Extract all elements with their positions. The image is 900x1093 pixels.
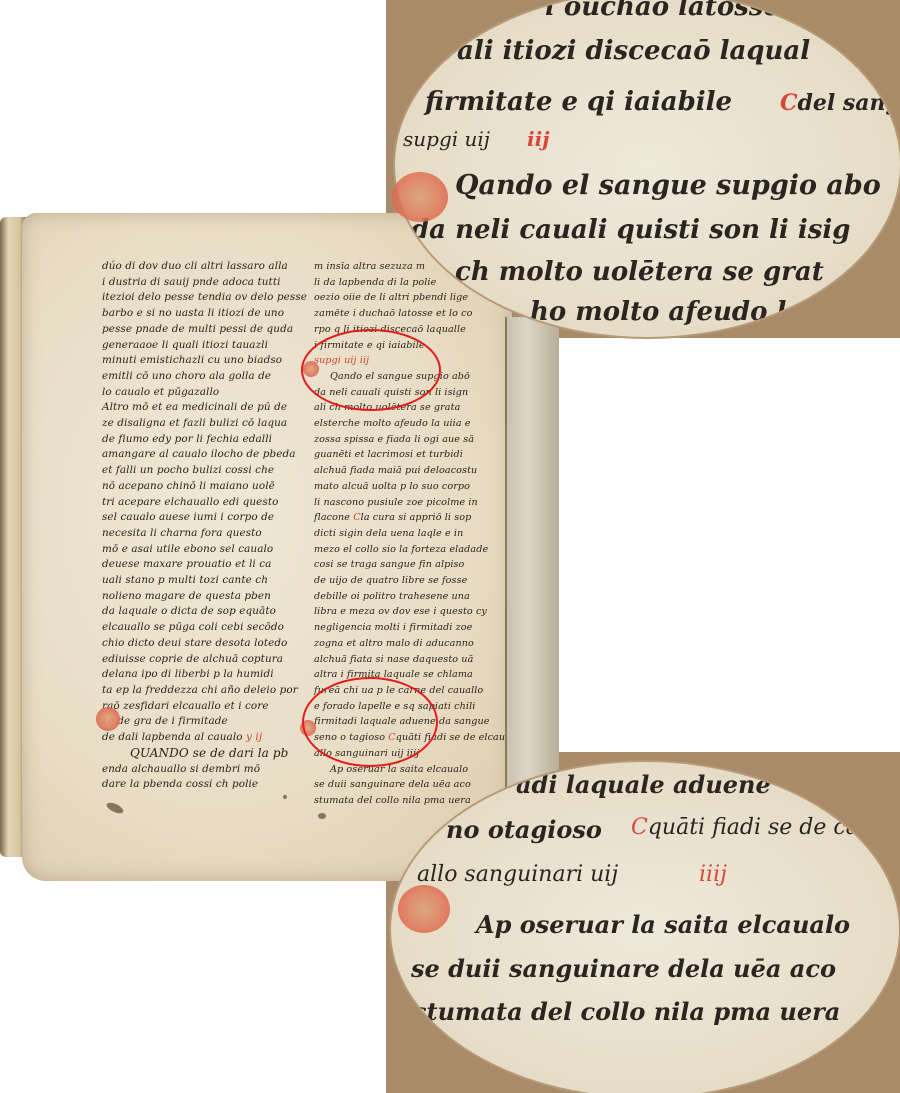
red-initial-q-left [96,707,120,731]
inset-line: supgi uij [403,127,490,151]
text-line: elsterche molto afeudo la uiia e [314,416,505,432]
rubric-heading: de dali lapbenda al caualo y ij [102,730,307,746]
text-line: nolieno magare de questa pben [102,589,307,605]
magnified-inset-top: i ouchaō latosse ali itiozi discecaō laq… [393,0,900,339]
inset-line: ho molto afeudo l [530,297,786,327]
text-line: libra e meza ov dov ese i questo cy [314,604,505,620]
ink-stain [283,795,287,799]
inset-line: allo sanguinari uij [417,862,618,887]
text-line: zamēte i duchaō latosse et lo co [314,306,505,322]
text-line: alchuā fiata si nase daquesto uā [314,652,505,668]
text-line: generaaoe li quali itiozi tauazli [102,338,307,354]
magnified-inset-bottom: adi laquale aduene no otagioso Cquāti fi… [389,760,900,1093]
manuscript-book: dúo di dov duo cli altri lassaro alla i … [0,207,557,883]
text-line: elcauallo se pūga coli cebi secōdo [102,620,307,636]
text-line: ze disaligna et fazli bulizi cō laqua [102,416,307,432]
inset-line: Ap oseruar la saita elcaualo [476,910,850,939]
text-line: flacone Cla cura si appriō li sop [314,510,505,526]
text-line: itezioi delo pesse tendia ov delo pesse [102,290,307,306]
text-line: raō zesfidari elcauallo et i core [102,699,307,715]
text-line: ediuisse coprie de alchuā coptura [102,652,307,668]
inset-red-initial-q-bottom [398,885,450,933]
text-line: uali stano p multi tozi cante ch [102,573,307,589]
text-line: alchuā fiada maiā pui deloacostu [314,463,505,479]
inset-rubric-number: iiij [699,862,727,887]
text-line: negligencia molti i firmitadi zoe [314,620,505,636]
text-line: Altro mō et ea medicinali de pū de [102,400,307,416]
text-line: emitli cō uno choro ala golla de [102,369,307,385]
inset-line: adi laquale aduene [516,770,771,799]
text-line: delana ipo di liberbi p la humidi [102,667,307,683]
inset-rubric-number: iij [527,127,549,151]
text-line: i dustria di sauij pnde adoca tutti [102,275,307,291]
text-line: deuese maxare prouatio et li ca [102,557,307,573]
text-line: ta ep la freddezza chi año deleio por [102,683,307,699]
text-line: de uijo de quatro libre se fosse [314,573,505,589]
text-line: guanēti et lacrimosi et turbidi [314,447,505,463]
text-line: tri acepare elchauallo edi questo [102,495,307,511]
inset-line: da neli cauali quisti son li isig [411,215,850,245]
inset-line: ch molto uolētera se grat [455,257,824,287]
text-line: zogna et altro malo di aducanno [314,636,505,652]
inset-line: i ouchaō latosse [545,0,780,22]
text-line: dúo di dov duo cli altri lassaro alla [102,259,307,275]
inset-line: Qando el sangue supgio abo [455,170,881,201]
text-line: pesse pnade de multi pessi de quda [102,322,307,338]
text-line: mezo el collo sio la forteza eladade [314,542,505,558]
inset-line: Cdel sang [780,90,900,116]
text-line: nō acepano chinō li maiano uolē [102,479,307,495]
text-line: cosi se traga sangue fin alpiso [314,557,505,573]
text-line: mato alcuā uolta p lo suo corpo [314,479,505,495]
inset-red-initial-q-top [392,172,448,222]
highlight-circle-bottom [302,677,438,767]
initial-line: QUANDO se de dari la pb [102,746,307,762]
text-line: dare la pbenda cossi ch polie [102,777,307,793]
initial-line: Ap oseruar la saita elcaualo [314,762,505,778]
text-line: et falli un pocho bulizi cossi che [102,463,307,479]
inset-line: se duii sanguinare dela uēa aco [411,954,836,983]
inset-line: no otagioso [446,815,602,844]
text-line: se duii sanguinare dela uēa aco [314,777,505,793]
highlight-circle-top [301,329,441,411]
text-line: amangare al caualo ilocho de pbeda [102,447,307,463]
text-line: dicti sigin dela uena laqle e in [314,526,505,542]
left-text-column: dúo di dov duo cli altri lassaro alla i … [102,259,307,793]
text-line: lo caualo et pūgazallo [102,385,307,401]
text-line: debille oi politro trahesene una [314,589,505,605]
text-line: necesita li charna fora questo [102,526,307,542]
text-line: ze de gra de i firmitade [102,714,307,730]
text-line: zossa spissa e fiada li ogi aue sā [314,432,505,448]
text-line: li nascono pusiule zoe picolme in [314,495,505,511]
inset-line: stumata del collo nila pma uera [413,997,840,1026]
text-line: de fiumo edy por li fechia edalli [102,432,307,448]
text-line: barbo e si no uasta li itiozi de uno [102,306,307,322]
inset-line: firmitate e qi iaiabile [425,87,732,117]
inset-line: Cquāti fiadi se de ca [631,815,859,840]
inset-line: ali itiozi discecaō laqual [457,36,810,66]
text-line: da laquale o dicta de sop equāto [102,604,307,620]
text-line: mō e asai utile ebono sel caualo [102,542,307,558]
text-line: sel caualo auese iumi i corpo de [102,510,307,526]
ink-stain [318,813,326,819]
text-line: enda alchauallo si dembri mō [102,762,307,778]
text-line: chio dicto deui stare desota lotedo [102,636,307,652]
text-line: minuti emistichazli cu uno biadso [102,353,307,369]
